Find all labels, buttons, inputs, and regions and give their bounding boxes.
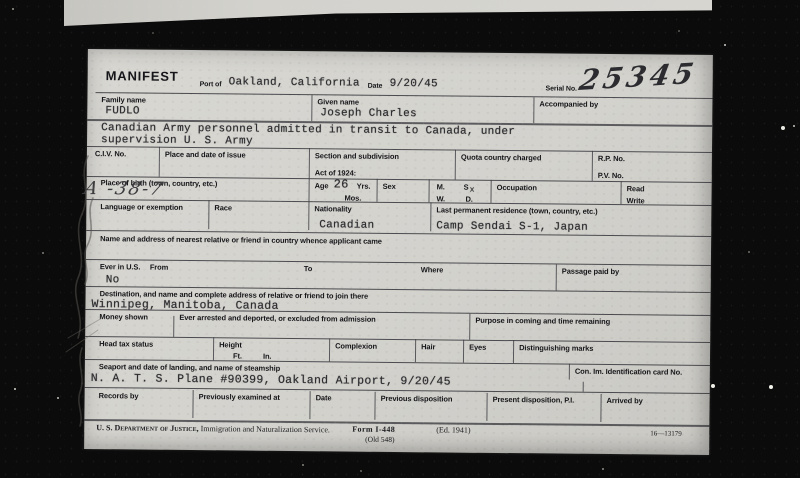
divider (620, 181, 621, 204)
nearest-relative-label: Name and address of nearest relative or … (100, 234, 382, 246)
divider (430, 202, 431, 231)
footer-form-number: Form I-448 (352, 425, 395, 434)
divider (311, 95, 312, 121)
occupation-label: Occupation (497, 183, 537, 192)
residence-label: Last permanent residence (town, country,… (436, 205, 597, 216)
sex-label: Sex (383, 182, 396, 191)
divider (600, 394, 601, 422)
purpose-label: Purpose in coming and time remaining (475, 316, 610, 326)
divider (583, 382, 584, 392)
divider (556, 265, 557, 291)
rp-no-label: R.P. No. (598, 154, 625, 163)
place-date-issue-label: Place and date of issue (165, 150, 246, 160)
manifest-card: MANIFEST Port of Oakland, California Dat… (84, 49, 713, 455)
divider (455, 150, 456, 180)
hair-label: Hair (421, 342, 435, 351)
section-subdivision-label: Section and subdivision (315, 151, 399, 161)
arrested-label: Ever arrested and deported, or excluded … (179, 313, 375, 324)
height-label: Height (219, 340, 242, 349)
divider (533, 97, 534, 123)
divider (490, 180, 491, 203)
from-label: From (150, 263, 168, 272)
divider (415, 339, 416, 362)
seaport-label: Seaport and date of landing, and name of… (99, 362, 280, 373)
family-name-label: Family name (101, 95, 145, 104)
divider (329, 338, 330, 361)
nationality-value: Canadian (319, 219, 374, 232)
given-name-label: Given name (317, 97, 359, 106)
footer-agency-department: U. S. Department of Justice, (96, 423, 198, 433)
head-tax-label: Head tax status (99, 339, 153, 349)
date-label: Date (368, 82, 383, 91)
relative-rule (86, 259, 711, 266)
footer-agency-service: Immigration and Naturalization Service. (199, 424, 330, 434)
eyes-label: Eyes (469, 343, 486, 352)
language-label: Language or exemption (100, 202, 183, 212)
age-label: Age (315, 181, 329, 190)
divider (486, 393, 487, 421)
serial-value-handwritten: 25345 (577, 57, 700, 98)
marital-m-label: M. (437, 182, 445, 191)
divider (308, 178, 309, 201)
complexion-label: Complexion (335, 341, 377, 350)
divider (308, 201, 309, 230)
money-shown-label: Money shown (99, 312, 148, 321)
nationality-label: Nationality (314, 204, 351, 213)
manifest-title: MANIFEST (106, 71, 179, 81)
pencil-marginalia (56, 152, 106, 432)
adjacent-card-edge (64, 0, 712, 26)
divider (463, 340, 464, 363)
divider (428, 179, 429, 202)
divider (192, 390, 193, 418)
microfilm-photo: { "colors":{"background":"#0b0b0b","pape… (0, 0, 800, 478)
footer-print-code: 16—13179 (650, 429, 682, 437)
in-label: In. (263, 352, 272, 361)
divider (309, 391, 310, 419)
serial-label: Serial No. (546, 84, 577, 93)
footer-old-form: (Old 548) (365, 435, 394, 444)
seaport-rule (85, 387, 710, 394)
ever-in-us-value: No (106, 274, 120, 286)
footer-edition: (Ed. 1941) (436, 425, 470, 434)
pv-no-label: P.V. No. (598, 171, 624, 180)
yrs-label: Yrs. (357, 182, 371, 191)
divider (469, 314, 470, 340)
to-label: To (304, 264, 312, 273)
age-value: 26 (334, 178, 349, 190)
film-dust-specks (0, 0, 2, 2)
arrived-by-label: Arrived by (607, 396, 643, 405)
con-im-card-label: Con. Im. Identification card No. (575, 367, 682, 377)
where-label: Where (421, 265, 444, 274)
race-label: Race (214, 203, 232, 212)
exam-date-label: Date (316, 393, 332, 402)
residence-value: Camp Sendai S-1, Japan (436, 220, 588, 233)
divider (374, 392, 375, 420)
given-name-value: Joseph Charles (320, 107, 417, 120)
footer-agency: U. S. Department of Justice, Immigration… (96, 423, 330, 434)
accompanied-label: Accompanied by (539, 99, 598, 109)
divider (592, 151, 593, 181)
previous-disposition-label: Previous disposition (381, 394, 453, 404)
present-disposition-label: Present disposition, P.I. (493, 395, 575, 405)
quota-country-label: Quota country charged (461, 153, 542, 163)
family-name-value: FUDLO (105, 105, 140, 117)
previously-examined-label: Previously examined at (199, 392, 280, 402)
money-rule (85, 336, 710, 343)
divider (309, 148, 310, 178)
read-label: Read (627, 184, 645, 193)
port-value: Oakland, California (229, 76, 360, 89)
divider (208, 200, 209, 229)
ft-label: Ft. (233, 351, 242, 360)
divider (513, 340, 514, 363)
date-value: 9/20/45 (390, 78, 438, 90)
port-label: Port of (200, 80, 222, 89)
passage-paid-label: Passage paid by (562, 267, 619, 277)
act-1924-label: Act of 1924: (315, 168, 356, 177)
marital-s-label: S (464, 183, 469, 192)
divider (569, 364, 570, 380)
divider (376, 179, 377, 202)
divider (159, 147, 160, 177)
seaport-value: N. A. T. S. Plane #90399, Oakland Airpor… (91, 373, 451, 388)
divider (213, 337, 214, 360)
distinguishing-marks-label: Distinguishing marks (519, 343, 593, 353)
divider (173, 316, 174, 337)
